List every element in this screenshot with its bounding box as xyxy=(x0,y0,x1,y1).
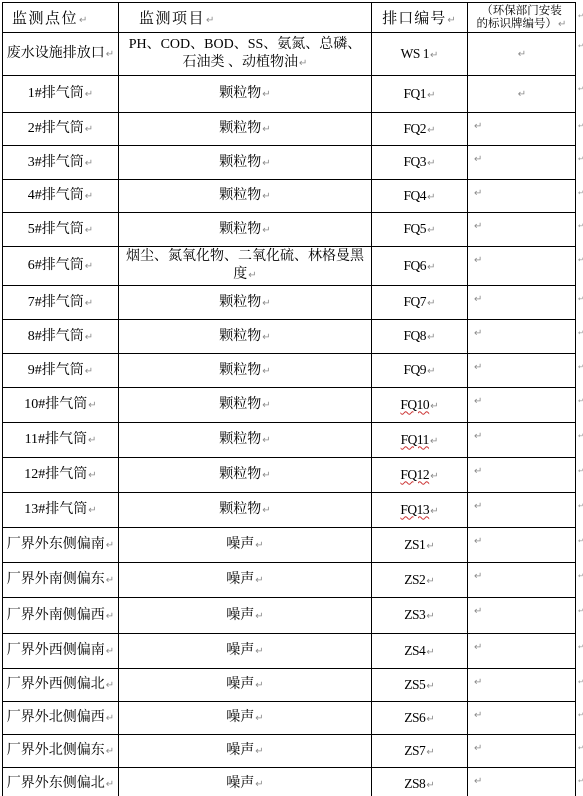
monitoring-point-cell: 废水设施排放口↵ xyxy=(3,33,119,76)
outlet-code-cell: ZS3↵ xyxy=(372,598,468,634)
monitoring-point-text: 12#排气筒 xyxy=(24,467,87,482)
plate-code-cell: ↵ xyxy=(468,180,576,213)
header-plate-code-line2: 的标识牌编号）↵ xyxy=(469,18,574,31)
paragraph-mark-icon: ↵ xyxy=(85,332,93,343)
monitoring-items-text: PH、COD、BOD、SS、氨氮、总磷、石油类 、动植物油 xyxy=(129,37,362,70)
outlet-code-text: FQ11 xyxy=(401,432,429,447)
outlet-code-cell: FQ3↵ xyxy=(372,146,468,180)
outlet-code-text: FQ10 xyxy=(400,397,429,412)
paragraph-mark-icon: ↵ xyxy=(427,192,435,203)
paragraph-mark-icon: ↵ xyxy=(518,49,526,60)
monitoring-point-text: 1#排气筒 xyxy=(28,86,84,101)
paragraph-mark-icon: ↵ xyxy=(426,747,434,758)
monitoring-point-text: 3#排气筒 xyxy=(28,155,84,170)
table-row: 10#排气筒↵颗粒物↵FQ10↵↵↵ xyxy=(3,388,583,423)
paragraph-mark-icon: ↵ xyxy=(206,15,216,26)
monitoring-point-text: 厂界外东侧偏南 xyxy=(7,537,105,552)
row-end-gutter: ↵ xyxy=(576,458,583,493)
paragraph-mark-icon: ↵ xyxy=(262,298,270,309)
row-end-gutter: ↵ xyxy=(576,76,583,113)
monitoring-point-cell: 13#排气筒↵ xyxy=(3,493,119,528)
row-end-mark-icon: ↵ xyxy=(578,397,583,405)
outlet-code-text: ZS8 xyxy=(404,776,425,791)
header-monitoring-point: 监测点位↵ xyxy=(3,3,119,33)
paragraph-mark-icon: ↵ xyxy=(262,124,270,135)
monitoring-table: 监测点位↵ 监测项目↵ 排口编号↵ （环保部门安装 的标识牌编号）↵ ↵ 废水设… xyxy=(2,2,583,796)
paragraph-mark-icon: ↵ xyxy=(88,400,96,411)
monitoring-point-text: 9#排气筒 xyxy=(28,363,84,378)
row-end-gutter: ↵ xyxy=(576,493,583,528)
paragraph-mark-icon: ↵ xyxy=(255,713,263,724)
paragraph-mark-icon: ↵ xyxy=(85,124,93,135)
plate-code-cell: ↵ xyxy=(468,320,576,354)
monitoring-items-text: 颗粒物 xyxy=(219,363,261,378)
row-end-gutter: ↵ xyxy=(576,634,583,669)
outlet-code-text: ZS4 xyxy=(404,643,425,658)
header-outlet-code-label: 排口编号 xyxy=(382,11,446,27)
plate-code-cell: ↵ xyxy=(468,76,576,113)
paragraph-mark-icon: ↵ xyxy=(427,262,435,273)
table-row: 8#排气筒↵颗粒物↵FQ8↵↵↵ xyxy=(3,320,583,354)
paragraph-mark-icon: ↵ xyxy=(85,89,93,100)
monitoring-items-cell: 颗粒物↵ xyxy=(119,113,372,146)
paragraph-mark-icon: ↵ xyxy=(474,362,482,373)
monitoring-items-text: 颗粒物 xyxy=(219,502,261,517)
table-row: 5#排气筒↵颗粒物↵FQ5↵↵↵ xyxy=(3,213,583,247)
paragraph-mark-icon: ↵ xyxy=(474,710,482,721)
outlet-code-text: ZS5 xyxy=(404,677,425,692)
paragraph-mark-icon: ↵ xyxy=(447,15,456,26)
row-end-gutter: ↵ xyxy=(576,388,583,423)
monitoring-items-text: 噪声 xyxy=(226,537,254,552)
paragraph-mark-icon: ↵ xyxy=(85,191,93,202)
outlet-code-cell: FQ7↵ xyxy=(372,286,468,320)
table-row: 4#排气筒↵颗粒物↵FQ4↵↵↵ xyxy=(3,180,583,213)
header-monitoring-items: 监测项目↵ xyxy=(119,3,372,33)
outlet-code-text: FQ2 xyxy=(404,121,427,136)
paragraph-mark-icon: ↵ xyxy=(255,680,263,691)
paragraph-mark-icon: ↵ xyxy=(426,576,434,587)
monitoring-items-text: 颗粒物 xyxy=(219,155,261,170)
plate-code-cell: ↵ xyxy=(468,528,576,563)
table-row: 6#排气筒↵烟尘、氮氧化物、二氧化硫、林格曼黑度↵FQ6↵↵↵ xyxy=(3,247,583,286)
paragraph-mark-icon: ↵ xyxy=(427,332,435,343)
outlet-code-cell: ZS5↵ xyxy=(372,669,468,702)
outlet-code-cell: FQ5↵ xyxy=(372,213,468,247)
paragraph-mark-icon: ↵ xyxy=(106,540,114,551)
monitoring-point-cell: 10#排气筒↵ xyxy=(3,388,119,423)
paragraph-mark-icon: ↵ xyxy=(427,125,435,136)
paragraph-mark-icon: ↵ xyxy=(106,779,114,790)
monitoring-point-text: 7#排气筒 xyxy=(28,295,84,310)
outlet-code-cell: ZS7↵ xyxy=(372,735,468,768)
paragraph-mark-icon: ↵ xyxy=(430,436,438,447)
plate-code-cell: ↵ xyxy=(468,33,576,76)
monitoring-items-cell: 颗粒物↵ xyxy=(119,180,372,213)
plate-code-cell: ↵ xyxy=(468,247,576,286)
paragraph-mark-icon: ↵ xyxy=(474,606,482,617)
row-end-mark-icon: ↵ xyxy=(578,329,583,337)
table-row: 厂界外东侧偏南↵噪声↵ZS1↵↵↵ xyxy=(3,528,583,563)
outlet-code-text: FQ8 xyxy=(404,328,427,343)
row-end-mark-icon: ↵ xyxy=(578,678,583,686)
outlet-code-text: FQ6 xyxy=(404,258,427,273)
header-outlet-code: 排口编号↵ xyxy=(372,3,468,33)
paragraph-mark-icon: ↵ xyxy=(106,611,114,622)
paragraph-mark-icon: ↵ xyxy=(262,505,270,516)
monitoring-items-cell: 噪声↵ xyxy=(119,669,372,702)
outlet-code-text: ZS3 xyxy=(404,607,425,622)
outlet-code-text: WS 1 xyxy=(401,46,429,61)
plate-code-cell: ↵ xyxy=(468,493,576,528)
paragraph-mark-icon: ↵ xyxy=(426,647,434,658)
paragraph-mark-icon: ↵ xyxy=(255,575,263,586)
paragraph-mark-icon: ↵ xyxy=(88,470,96,481)
table-row: 厂界外西侧偏南↵噪声↵ZS4↵↵↵ xyxy=(3,634,583,669)
monitoring-point-cell: 厂界外南侧偏东↵ xyxy=(3,563,119,598)
outlet-code-text: FQ7 xyxy=(404,294,427,309)
paragraph-mark-icon: ↵ xyxy=(262,332,270,343)
row-end-mark-icon: ↵ xyxy=(578,42,583,50)
monitoring-point-cell: 厂界外北侧偏西↵ xyxy=(3,702,119,735)
header-plate-code: （环保部门安装 的标识牌编号）↵ xyxy=(468,3,576,33)
row-end-mark-icon: ↵ xyxy=(578,607,583,615)
paragraph-mark-icon: ↵ xyxy=(426,714,434,725)
paragraph-mark-icon: ↵ xyxy=(474,328,482,339)
monitoring-items-text: 烟尘、氮氧化物、二氧化硫、林格曼黑度 xyxy=(126,249,364,282)
monitoring-items-cell: 颗粒物↵ xyxy=(119,286,372,320)
plate-code-cell: ↵ xyxy=(468,286,576,320)
monitoring-point-text: 6#排气筒 xyxy=(28,258,84,273)
monitoring-point-text: 厂界外南侧偏东 xyxy=(7,572,105,587)
plate-code-cell: ↵ xyxy=(468,458,576,493)
plate-code-cell: ↵ xyxy=(468,735,576,768)
paragraph-mark-icon: ↵ xyxy=(85,158,93,169)
row-end-gutter: ↵ xyxy=(576,320,583,354)
paragraph-mark-icon: ↵ xyxy=(426,541,434,552)
outlet-code-text: FQ3 xyxy=(404,154,427,169)
monitoring-point-text: 8#排气筒 xyxy=(28,329,84,344)
monitoring-point-cell: 6#排气筒↵ xyxy=(3,247,119,286)
row-end-mark-icon: ↵ xyxy=(578,502,583,510)
monitoring-items-text: 颗粒物 xyxy=(219,86,261,101)
plate-code-cell: ↵ xyxy=(468,669,576,702)
monitoring-items-text: 噪声 xyxy=(226,710,254,725)
monitoring-items-cell: 颗粒物↵ xyxy=(119,213,372,247)
row-end-mark-icon: ↵ xyxy=(578,572,583,580)
paragraph-mark-icon: ↵ xyxy=(85,225,93,236)
paragraph-mark-icon: ↵ xyxy=(262,89,270,100)
paragraph-mark-icon: ↵ xyxy=(427,366,435,377)
plate-code-cell: ↵ xyxy=(468,146,576,180)
monitoring-items-text: 颗粒物 xyxy=(219,329,261,344)
monitoring-point-cell: 厂界外北侧偏东↵ xyxy=(3,735,119,768)
monitoring-point-cell: 12#排气筒↵ xyxy=(3,458,119,493)
monitoring-point-text: 5#排气筒 xyxy=(28,222,84,237)
paragraph-mark-icon: ↵ xyxy=(427,298,435,309)
row-end-mark-icon: ↵ xyxy=(578,12,583,20)
outlet-code-text: ZS2 xyxy=(404,572,425,587)
monitoring-items-text: 颗粒物 xyxy=(219,467,261,482)
paragraph-mark-icon: ↵ xyxy=(106,680,114,691)
row-end-gutter: ↵ xyxy=(576,180,583,213)
row-end-gutter: ↵ xyxy=(576,528,583,563)
monitoring-items-cell: 颗粒物↵ xyxy=(119,423,372,458)
row-end-mark-icon: ↵ xyxy=(578,777,583,785)
outlet-code-cell: FQ9↵ xyxy=(372,354,468,388)
monitoring-items-cell: 噪声↵ xyxy=(119,563,372,598)
row-end-mark-icon: ↵ xyxy=(578,432,583,440)
table-row: 11#排气筒↵颗粒物↵FQ11↵↵↵ xyxy=(3,423,583,458)
monitoring-items-cell: 颗粒物↵ xyxy=(119,354,372,388)
outlet-code-text: FQ4 xyxy=(404,188,427,203)
table-row: 12#排气筒↵颗粒物↵FQ12↵↵↵ xyxy=(3,458,583,493)
table-row: 3#排气筒↵颗粒物↵FQ3↵↵↵ xyxy=(3,146,583,180)
monitoring-point-text: 厂界外北侧偏东 xyxy=(7,743,105,758)
header-plate-code-line1: （环保部门安装 xyxy=(469,5,574,18)
plate-code-cell: ↵ xyxy=(468,113,576,146)
monitoring-point-cell: 厂界外西侧偏南↵ xyxy=(3,634,119,669)
row-end-mark-icon: ↵ xyxy=(578,222,583,230)
outlet-code-cell: FQ2↵ xyxy=(372,113,468,146)
paragraph-mark-icon: ↵ xyxy=(474,501,482,512)
monitoring-point-text: 厂界外南侧偏西 xyxy=(7,608,105,623)
plate-code-cell: ↵ xyxy=(468,563,576,598)
table-row: 厂界外西侧偏北↵噪声↵ZS5↵↵↵ xyxy=(3,669,583,702)
monitoring-point-text: 厂界外西侧偏南 xyxy=(7,643,105,658)
monitoring-point-cell: 8#排气筒↵ xyxy=(3,320,119,354)
table-row: 7#排气筒↵颗粒物↵FQ7↵↵↵ xyxy=(3,286,583,320)
paragraph-mark-icon: ↵ xyxy=(262,435,270,446)
monitoring-point-text: 11#排气筒 xyxy=(25,432,87,447)
outlet-code-cell: FQ12↵ xyxy=(372,458,468,493)
table-row: 厂界外北侧偏东↵噪声↵ZS7↵↵↵ xyxy=(3,735,583,768)
header-monitoring-items-label: 监测项目 xyxy=(139,11,205,27)
monitoring-items-text: 噪声 xyxy=(226,677,254,692)
table-row: 9#排气筒↵颗粒物↵FQ9↵↵↵ xyxy=(3,354,583,388)
monitoring-items-text: 噪声 xyxy=(226,743,254,758)
monitoring-point-text: 厂界外西侧偏北 xyxy=(7,677,105,692)
paragraph-mark-icon: ↵ xyxy=(474,571,482,582)
table-body: 废水设施排放口↵PH、COD、BOD、SS、氨氮、总磷、石油类 、动植物油↵WS… xyxy=(3,33,583,796)
row-end-mark-icon: ↵ xyxy=(578,711,583,719)
outlet-code-cell: FQ8↵ xyxy=(372,320,468,354)
monitoring-point-text: 10#排气筒 xyxy=(24,397,87,412)
monitoring-items-cell: 颗粒物↵ xyxy=(119,320,372,354)
paragraph-mark-icon: ↵ xyxy=(255,779,263,790)
paragraph-mark-icon: ↵ xyxy=(558,19,566,30)
paragraph-mark-icon: ↵ xyxy=(88,435,96,446)
paragraph-mark-icon: ↵ xyxy=(474,431,482,442)
outlet-code-cell: FQ10↵ xyxy=(372,388,468,423)
outlet-code-cell: ZS8↵ xyxy=(372,768,468,796)
monitoring-items-text: 噪声 xyxy=(226,643,254,658)
paragraph-mark-icon: ↵ xyxy=(255,746,263,757)
paragraph-mark-icon: ↵ xyxy=(106,49,114,60)
monitoring-point-text: 厂界外北侧偏西 xyxy=(7,710,105,725)
monitoring-items-cell: 噪声↵ xyxy=(119,768,372,796)
paragraph-mark-icon: ↵ xyxy=(255,540,263,551)
row-end-gutter: ↵ xyxy=(576,33,583,76)
monitoring-items-cell: 烟尘、氮氧化物、二氧化硫、林格曼黑度↵ xyxy=(119,247,372,286)
outlet-code-cell: FQ6↵ xyxy=(372,247,468,286)
paragraph-mark-icon: ↵ xyxy=(85,298,93,309)
plate-code-cell: ↵ xyxy=(468,388,576,423)
outlet-code-text: ZS6 xyxy=(404,710,425,725)
outlet-code-cell: ZS1↵ xyxy=(372,528,468,563)
monitoring-items-cell: 噪声↵ xyxy=(119,634,372,669)
outlet-code-cell: FQ13↵ xyxy=(372,493,468,528)
paragraph-mark-icon: ↵ xyxy=(474,255,482,266)
monitoring-point-text: 厂界外东侧偏北 xyxy=(7,776,105,791)
paragraph-mark-icon: ↵ xyxy=(430,471,438,482)
paragraph-mark-icon: ↵ xyxy=(474,396,482,407)
paragraph-mark-icon: ↵ xyxy=(474,154,482,165)
row-end-mark-icon: ↵ xyxy=(578,295,583,303)
outlet-code-cell: FQ11↵ xyxy=(372,423,468,458)
row-end-gutter: ↵ xyxy=(576,247,583,286)
monitoring-items-cell: 噪声↵ xyxy=(119,598,372,634)
monitoring-point-cell: 11#排气筒↵ xyxy=(3,423,119,458)
outlet-code-cell: ZS2↵ xyxy=(372,563,468,598)
monitoring-point-cell: 4#排气筒↵ xyxy=(3,180,119,213)
plate-code-cell: ↵ xyxy=(468,768,576,796)
outlet-code-text: FQ12 xyxy=(400,467,429,482)
paragraph-mark-icon: ↵ xyxy=(426,780,434,791)
row-end-gutter: ↵ xyxy=(576,702,583,735)
table-row: 厂界外北侧偏西↵噪声↵ZS6↵↵↵ xyxy=(3,702,583,735)
row-end-mark-icon: ↵ xyxy=(578,363,583,371)
outlet-code-text: FQ13 xyxy=(400,502,429,517)
row-end-mark-icon: ↵ xyxy=(578,85,583,93)
outlet-code-text: FQ1 xyxy=(404,86,427,101)
outlet-code-text: FQ9 xyxy=(404,362,427,377)
monitoring-items-text: 噪声 xyxy=(226,776,254,791)
paragraph-mark-icon: ↵ xyxy=(262,470,270,481)
plate-code-cell: ↵ xyxy=(468,702,576,735)
monitoring-point-cell: 厂界外西侧偏北↵ xyxy=(3,669,119,702)
paragraph-mark-icon: ↵ xyxy=(474,188,482,199)
paragraph-mark-icon: ↵ xyxy=(262,191,270,202)
table-row: 厂界外东侧偏北↵噪声↵ZS8↵↵↵ xyxy=(3,768,583,796)
monitoring-items-cell: 噪声↵ xyxy=(119,702,372,735)
monitoring-items-cell: 颗粒物↵ xyxy=(119,388,372,423)
monitoring-items-text: 颗粒物 xyxy=(219,295,261,310)
paragraph-mark-icon: ↵ xyxy=(262,366,270,377)
table-row: 1#排气筒↵颗粒物↵FQ1↵↵↵ xyxy=(3,76,583,113)
row-end-gutter: ↵ xyxy=(576,598,583,634)
paragraph-mark-icon: ↵ xyxy=(426,611,434,622)
paragraph-mark-icon: ↵ xyxy=(106,746,114,757)
outlet-code-cell: FQ1↵ xyxy=(372,76,468,113)
row-end-mark-icon: ↵ xyxy=(578,537,583,545)
row-end-gutter: ↵ xyxy=(576,146,583,180)
paragraph-mark-icon: ↵ xyxy=(85,366,93,377)
paragraph-mark-icon: ↵ xyxy=(474,776,482,787)
paragraph-mark-icon: ↵ xyxy=(427,90,435,101)
monitoring-items-text: 颗粒物 xyxy=(219,432,261,447)
monitoring-point-cell: 厂界外东侧偏北↵ xyxy=(3,768,119,796)
paragraph-mark-icon: ↵ xyxy=(474,466,482,477)
monitoring-items-text: 颗粒物 xyxy=(219,222,261,237)
monitoring-items-cell: 颗粒物↵ xyxy=(119,493,372,528)
paragraph-mark-icon: ↵ xyxy=(518,89,526,100)
plate-code-cell: ↵ xyxy=(468,598,576,634)
monitoring-point-cell: 9#排气筒↵ xyxy=(3,354,119,388)
row-end-gutter: ↵ xyxy=(576,354,583,388)
monitoring-items-text: 颗粒物 xyxy=(219,188,261,203)
row-end-gutter: ↵ xyxy=(576,113,583,146)
table-row: 厂界外南侧偏东↵噪声↵ZS2↵↵↵ xyxy=(3,563,583,598)
monitoring-items-text: 颗粒物 xyxy=(219,121,261,136)
monitoring-point-cell: 5#排气筒↵ xyxy=(3,213,119,247)
paragraph-mark-icon: ↵ xyxy=(474,642,482,653)
header-row: 监测点位↵ 监测项目↵ 排口编号↵ （环保部门安装 的标识牌编号）↵ ↵ xyxy=(3,3,583,33)
paragraph-mark-icon: ↵ xyxy=(299,58,307,69)
table-row: 废水设施排放口↵PH、COD、BOD、SS、氨氮、总磷、石油类 、动植物油↵WS… xyxy=(3,33,583,76)
monitoring-items-text: 噪声 xyxy=(226,572,254,587)
row-end-mark-icon: ↵ xyxy=(578,467,583,475)
outlet-code-cell: ZS6↵ xyxy=(372,702,468,735)
paragraph-mark-icon: ↵ xyxy=(255,646,263,657)
outlet-code-cell: FQ4↵ xyxy=(372,180,468,213)
paragraph-mark-icon: ↵ xyxy=(426,681,434,692)
monitoring-items-cell: 颗粒物↵ xyxy=(119,76,372,113)
paragraph-mark-icon: ↵ xyxy=(88,505,96,516)
outlet-code-cell: WS 1↵ xyxy=(372,33,468,76)
monitoring-point-cell: 7#排气筒↵ xyxy=(3,286,119,320)
row-end-gutter: ↵ xyxy=(576,735,583,768)
paragraph-mark-icon: ↵ xyxy=(430,506,438,517)
table-row: 2#排气筒↵颗粒物↵FQ2↵↵↵ xyxy=(3,113,583,146)
paragraph-mark-icon: ↵ xyxy=(262,400,270,411)
paragraph-mark-icon: ↵ xyxy=(427,225,435,236)
monitoring-point-text: 2#排气筒 xyxy=(28,121,84,136)
row-end-gutter: ↵ xyxy=(576,3,583,33)
row-end-gutter: ↵ xyxy=(576,213,583,247)
paragraph-mark-icon: ↵ xyxy=(474,677,482,688)
monitoring-items-text: 噪声 xyxy=(226,608,254,623)
plate-code-cell: ↵ xyxy=(468,213,576,247)
table-row: 厂界外南侧偏西↵噪声↵ZS3↵↵↵ xyxy=(3,598,583,634)
paragraph-mark-icon: ↵ xyxy=(474,121,482,132)
paragraph-mark-icon: ↵ xyxy=(430,50,438,61)
monitoring-point-text: 4#排气筒 xyxy=(28,188,84,203)
monitoring-items-cell: PH、COD、BOD、SS、氨氮、总磷、石油类 、动植物油↵ xyxy=(119,33,372,76)
row-end-gutter: ↵ xyxy=(576,563,583,598)
outlet-code-text: ZS1 xyxy=(404,537,425,552)
paragraph-mark-icon: ↵ xyxy=(262,225,270,236)
monitoring-items-cell: 噪声↵ xyxy=(119,528,372,563)
row-end-mark-icon: ↵ xyxy=(578,189,583,197)
monitoring-point-cell: 厂界外东侧偏南↵ xyxy=(3,528,119,563)
paragraph-mark-icon: ↵ xyxy=(427,158,435,169)
row-end-gutter: ↵ xyxy=(576,286,583,320)
row-end-gutter: ↵ xyxy=(576,669,583,702)
row-end-mark-icon: ↵ xyxy=(578,122,583,130)
paragraph-mark-icon: ↵ xyxy=(85,261,93,272)
row-end-gutter: ↵ xyxy=(576,423,583,458)
monitoring-point-cell: 2#排气筒↵ xyxy=(3,113,119,146)
paragraph-mark-icon: ↵ xyxy=(255,611,263,622)
monitoring-items-cell: 颗粒物↵ xyxy=(119,146,372,180)
table-row: 13#排气筒↵颗粒物↵FQ13↵↵↵ xyxy=(3,493,583,528)
paragraph-mark-icon: ↵ xyxy=(106,575,114,586)
paragraph-mark-icon: ↵ xyxy=(262,158,270,169)
paragraph-mark-icon: ↵ xyxy=(474,294,482,305)
plate-code-cell: ↵ xyxy=(468,423,576,458)
monitoring-items-cell: 噪声↵ xyxy=(119,735,372,768)
